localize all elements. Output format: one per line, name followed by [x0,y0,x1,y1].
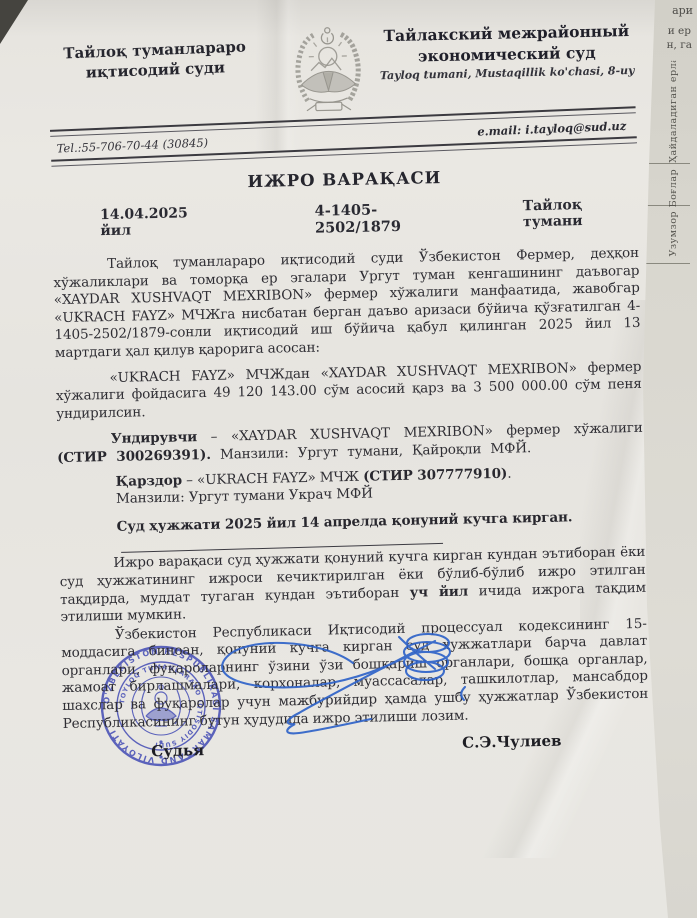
photo-background: ари и ер н, га Ҳайдаладиган ерлар Боғлар… [0,0,697,918]
document-title: ИЖРО ВАРАҚАСИ [51,164,637,195]
judge-signature [203,625,503,735]
paragraph-term: Ижро варақаси суд ҳужжати қонуний кучга … [59,544,646,627]
table-column-label: Узумзор [668,211,679,257]
district-name: Тайлоқ тумани [523,196,639,232]
table-column-header: Ҳайдаладиган ерлар [646,57,690,164]
underlying-text-fragment: ари [672,4,693,17]
paragraph-case-intro: Тайлоқ туманлараро иқтисодий суди Ўзбеки… [53,245,641,363]
table-column-label: Ҳайдаладиган ерлар [668,61,679,163]
paragraph-claimant: Ундирувчи – «XAYDAR XUSHVAQT MEXRIBON» ф… [57,420,644,467]
document-page: O'ZBEKISTON RESPUBLIKASI SAMARQAND VILOY… [0,0,668,918]
case-number: 4-1405-2502/1879 [314,200,453,237]
email-address: e.mail: i.tayloq@sud.uz [477,118,627,138]
judge-title: Судья [151,741,204,760]
signature-ink-icon [203,625,503,735]
court-name-ru: Тайлакский межрайонный экономический суд… [378,12,635,82]
underlying-text-fragment: и ер [668,25,691,37]
table-column-header: Боғлар [646,165,690,206]
underlying-text-fragment: н, га [667,39,692,51]
court-address: Tayloq tumani, Mustaqillik ko'chasi, 8-u… [379,64,635,82]
paragraph-ruling: «UKRACH FAYZ» МЧЖдан «XAYDAR XUSHVAQT ME… [55,358,642,423]
uzbekistan-coat-of-arms-icon [286,22,370,116]
paragraph-debtor: Қарздор – «UKRACH FAYZ» МЧЖ (СТИР 307777… [115,462,644,508]
paragraph-legal-force: Суд ҳужжати 2025 йил 14 апрелда қонуний … [116,508,644,537]
table-column-header: Узумзор [646,207,690,264]
phone-number: Tel.:55-706-70-44 (30845) [56,135,208,155]
table-column-label: Боғлар [668,169,679,207]
corner-shadow [0,0,28,44]
document-meta: 14.04.2025 йил 4-1405-2502/1879 Тайлоқ т… [52,196,639,242]
document-date: 14.04.2025 йил [100,205,215,241]
letterhead: Тайлоқ туманлараро иқтисодий суди [48,12,636,120]
court-name-uz: Тайлоқ туманлараро иқтисодий суди [48,18,262,84]
